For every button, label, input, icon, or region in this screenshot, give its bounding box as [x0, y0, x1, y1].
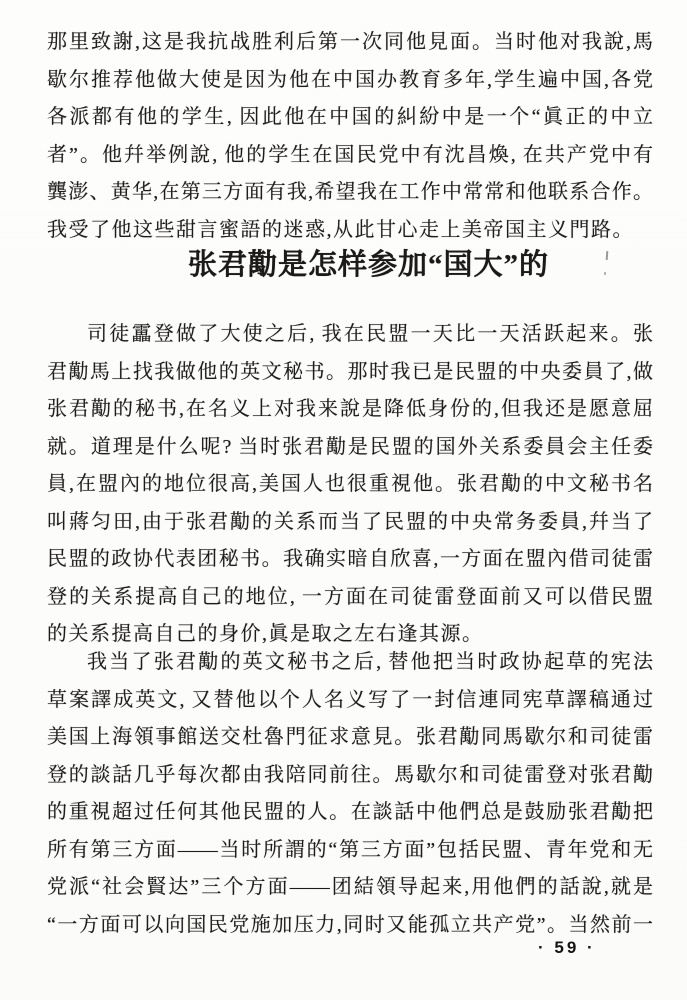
- section-heading: 张君勱是怎样参加“国大”的: [188, 246, 549, 284]
- text-line: 君勱馬上找我做他的英文秘书。那时我已是民盟的中央委員了,做: [47, 354, 653, 392]
- text-line: 我当了张君勱的英文秘书之后, 替他把当时政协起草的宪法: [47, 644, 653, 682]
- text-line: 者”。他幷举例說, 他的学生在国民党中有沈昌煥, 在共产党中有: [47, 137, 653, 175]
- text-line: 我受了他这些甜言蜜語的迷惑,从此甘心走上美帝国主义門路。: [47, 212, 653, 250]
- text-line: 所有第三方面——当时所謂的“第三方面”包括民盟、青年党和无: [47, 832, 653, 870]
- text-line: 龔澎、黄华,在第三方面有我,希望我在工作中常常和他联系合作。: [47, 174, 653, 212]
- text-line: 那里致謝,这是我抗战胜利后第一次同他見面。当时他对我說,馬: [47, 24, 653, 62]
- text-line: 张君勱的秘书,在名义上对我来說是降低身份的,但我还是愿意屈: [47, 391, 653, 429]
- text-line: 司徒靁登做了大使之后, 我在民盟一天比一天活跃起来。张: [47, 316, 653, 354]
- text-line: 員,在盟內的地位很高,美国人也很重視他。张君勱的中文秘书名: [47, 466, 653, 504]
- page-number: · 59 ·: [538, 938, 596, 958]
- text-line: 民盟的政协代表团秘书。我确实暗自欣喜,一方面在盟內借司徒雷: [47, 541, 653, 579]
- text-line: 党派“社会賢达”三个方面——团結領导起来,用他們的話說,就是: [47, 869, 653, 907]
- paragraph-3: 我当了张君勱的英文秘书之后, 替他把当时政协起草的宪法 草案譯成英文, 又替他以…: [47, 644, 653, 944]
- text-line: 就。道理是什么呢? 当时张君勱是民盟的国外关系委員会主任委: [47, 429, 653, 467]
- text-line: 登的关系提高自己的地位, 一方面在司徒雷登面前又可以借民盟: [47, 579, 653, 617]
- scanned-book-page: 那里致謝,这是我抗战胜利后第一次同他見面。当时他对我說,馬 歇尔推荐他做大使是因…: [0, 0, 687, 1000]
- scan-artifact-mark: [606, 251, 609, 260]
- paragraph-1: 那里致謝,这是我抗战胜利后第一次同他見面。当时他对我說,馬 歇尔推荐他做大使是因…: [47, 24, 653, 249]
- text-line: 歇尔推荐他做大使是因为他在中国办教育多年,学生遍中国,各党: [47, 62, 653, 100]
- text-line: 各派都有他的学生, 因此他在中国的糾紛中是一个“眞正的中立: [47, 99, 653, 137]
- paragraph-2: 司徒靁登做了大使之后, 我在民盟一天比一天活跃起来。张 君勱馬上找我做他的英文秘…: [47, 316, 653, 654]
- text-line: 叫蔣匀田,由于张君勱的关系而当了民盟的中央常务委員,幷当了: [47, 504, 653, 542]
- text-line: 登的談話几乎每次都由我陪同前往。馬歇尔和司徒雷登对张君勱: [47, 757, 653, 795]
- scan-artifact-dot: [604, 272, 606, 275]
- text-line: 草案譯成英文, 又替他以个人名义写了一封信連同宪草譯稿通过: [47, 682, 653, 720]
- text-line: 美国上海領事館送交杜魯門征求意見。张君勱同馬歇尔和司徒雷: [47, 719, 653, 757]
- text-line: 的重視超过任何其他民盟的人。在談話中他們总是鼓励张君勱把: [47, 794, 653, 832]
